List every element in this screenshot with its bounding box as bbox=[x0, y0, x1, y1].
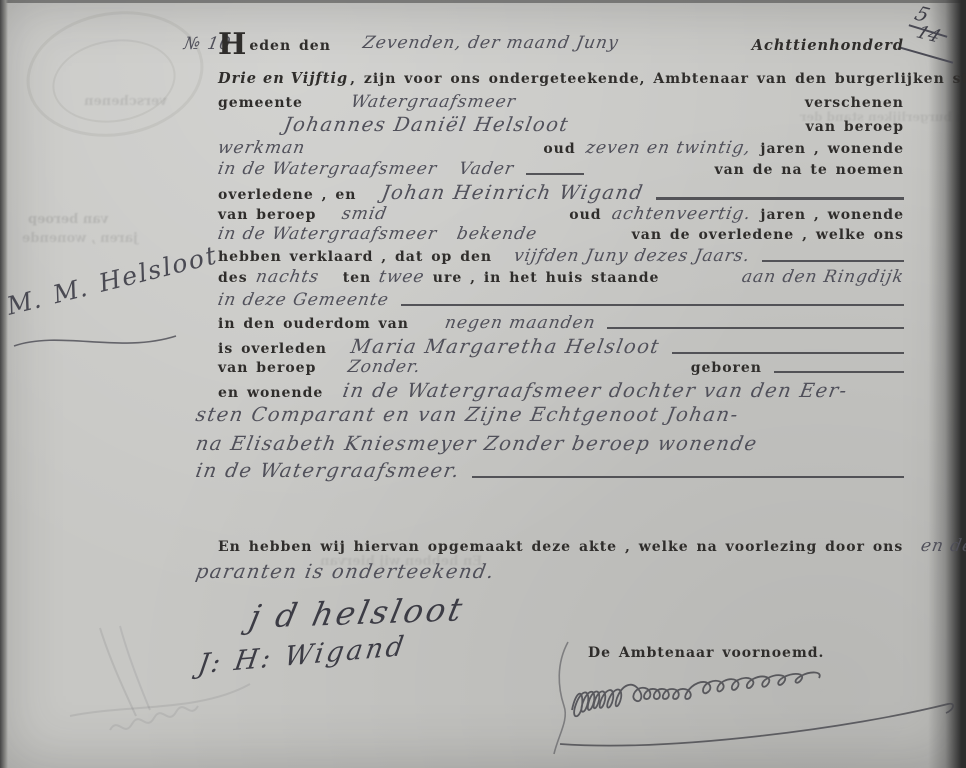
hw-age1: zeven en twintig, bbox=[584, 138, 752, 158]
printed-label: in den ouderdom van bbox=[218, 316, 409, 332]
bleed-through-text: verschenen bbox=[84, 94, 167, 109]
line-declarant1: Johannes Daniël Helsloot van beroep bbox=[218, 113, 904, 136]
line-deceased-occupation: van beroep Zonder. geboren bbox=[218, 357, 904, 377]
printed-label: jaren , wonende bbox=[760, 141, 904, 157]
printed-label: is overleden bbox=[218, 341, 327, 357]
hw-closing2: paranten is onderteekend. bbox=[194, 560, 497, 583]
hw-gemeente: Watergraafsmeer bbox=[349, 92, 517, 112]
line-death-date: hebben verklaard , dat op den vijfden Ju… bbox=[218, 246, 904, 266]
hw-in-deze-gemeente: in deze Gemeente bbox=[216, 290, 390, 310]
hw-declarant1-name: Johannes Daniël Helsloot bbox=[282, 113, 571, 136]
line-wonende4: in de Watergraafsmeer. bbox=[196, 459, 904, 482]
line-declarant2: overledene , en Johan Heinrich Wigand bbox=[218, 181, 904, 204]
hw-closing1: en de Com- bbox=[919, 536, 966, 556]
hw-death-date: vijfden Juny dezes Jaars. bbox=[512, 246, 752, 266]
hw-relation1: Vader bbox=[457, 159, 515, 179]
printed-label: van de overledene , welke ons bbox=[632, 227, 904, 243]
bleed-through-scrawl bbox=[40, 620, 290, 760]
hw-relation2: bekende bbox=[455, 224, 539, 244]
age-group: oud achtenveertig. jaren , wonende bbox=[569, 204, 904, 224]
printed-label: ure , in het huis staande bbox=[433, 270, 660, 286]
hw-deceased-occupation: Zonder. bbox=[347, 357, 423, 377]
printed-label: eden den bbox=[249, 38, 331, 54]
line-year: Drie en Vijftig , zijn voor ons onderget… bbox=[218, 70, 904, 87]
printed-label: van beroep bbox=[218, 207, 316, 223]
printed-label: des bbox=[218, 270, 248, 286]
fill-rule bbox=[656, 197, 904, 200]
printed-label: verschenen bbox=[805, 95, 904, 111]
line-closing2: paranten is onderteekend. bbox=[196, 560, 904, 583]
line-gemeente2: in deze Gemeente bbox=[218, 290, 904, 310]
printed-label: van de na te noemen bbox=[714, 162, 904, 178]
line-deceased-name: is overleden Maria Margaretha Helsloot bbox=[218, 335, 904, 358]
age-group: oud zeven en twintig, jaren , wonende bbox=[543, 138, 904, 158]
printed-label: overledene , en bbox=[218, 187, 356, 203]
fill-rule bbox=[762, 260, 904, 262]
line-closing: En hebben wij hiervan opgemaakt deze akt… bbox=[218, 536, 904, 556]
printed-label: van beroep bbox=[218, 360, 316, 376]
hw-residence1: in de Watergraafsmeer bbox=[216, 159, 438, 179]
printed-label: jaren , wonende bbox=[760, 207, 904, 223]
fill-rule bbox=[472, 476, 904, 478]
hw-wonende4: in de Watergraafsmeer. bbox=[194, 459, 462, 482]
line-residence1: in de Watergraafsmeer Vader van de na te… bbox=[218, 159, 904, 179]
scan-edge-top bbox=[0, 0, 966, 3]
hw-declarant2-name: Johan Heinrich Wigand bbox=[380, 181, 646, 204]
hw-residence2: in de Watergraafsmeer bbox=[216, 224, 438, 244]
line-declarant2-details: van beroep smid oud achtenveertig. jaren… bbox=[218, 204, 904, 224]
printed-label: van beroep bbox=[806, 119, 904, 135]
line-declarant1-details: werkman oud zeven en twintig, jaren , wo… bbox=[218, 138, 904, 158]
printed-label: oud bbox=[569, 207, 601, 223]
printed-year: Achttienhonderd bbox=[752, 37, 904, 54]
line-residence2: in de Watergraafsmeer bekende van de ove… bbox=[218, 224, 904, 244]
line-wonende2: sten Comparant en van Zijne Echtgenoot J… bbox=[196, 403, 904, 426]
fill-rule bbox=[672, 352, 904, 354]
hw-age2: achtenveertig. bbox=[610, 204, 752, 224]
printed-label: geboren bbox=[691, 360, 762, 376]
printed-label: gemeente bbox=[218, 95, 303, 111]
fill-rule bbox=[774, 371, 904, 373]
line-age-at-death: in den ouderdom van negen maanden bbox=[218, 313, 904, 333]
line-wonende1: en wonende in de Watergraafsmeer dochter… bbox=[218, 379, 904, 402]
bleed-through-text: jaren , wonende bbox=[22, 231, 138, 246]
fill-rule bbox=[401, 304, 904, 306]
printed-label: ten bbox=[343, 270, 372, 286]
drop-cap: H bbox=[218, 36, 246, 54]
fill-rule bbox=[526, 173, 584, 175]
hw-age-at-death: negen maanden bbox=[443, 313, 597, 333]
bleed-through-text: van beroep bbox=[28, 212, 108, 227]
hw-wonende1: in de Watergraafsmeer dochter van den Ee… bbox=[341, 379, 850, 402]
line-opening: H eden den Zevenden, der maand Juny Acht… bbox=[218, 33, 904, 54]
hw-occupation1: werkman bbox=[216, 138, 307, 158]
hw-wonende2: sten Comparant en van Zijne Echtgenoot J… bbox=[194, 403, 741, 426]
margin-note-deceased-name: M. M. Helsloot bbox=[7, 239, 218, 321]
hw-daypart: nachts bbox=[254, 267, 321, 287]
printed-label: oud bbox=[543, 141, 575, 157]
printed-year-suffix: Drie en Vijftig bbox=[218, 70, 348, 87]
hw-address: aan den Ringdijk bbox=[740, 267, 905, 287]
hw-date: Zevenden, der maand Juny bbox=[361, 33, 620, 53]
document-page: verschenen van beroep jaren , wonende de… bbox=[0, 0, 966, 768]
printed-label: en wonende bbox=[218, 385, 323, 401]
line-death-time: des nachts ten twee ure , in het huis st… bbox=[218, 267, 904, 287]
printed-label: En hebben wij hiervan opgemaakt deze akt… bbox=[218, 539, 903, 555]
printed-label: hebben verklaard , dat op den bbox=[218, 249, 492, 265]
line-wonende3: na Elisabeth Kniesmeyer Zonder beroep wo… bbox=[196, 432, 904, 455]
fill-rule bbox=[607, 327, 904, 329]
line-gemeente: gemeente Watergraafsmeer verschenen bbox=[218, 92, 904, 112]
scan-edge-left bbox=[0, 0, 8, 768]
hw-occupation2: smid bbox=[341, 204, 390, 224]
hw-deceased-name: Maria Margaretha Helsloot bbox=[349, 335, 662, 358]
margin-note-flourish bbox=[10, 328, 180, 354]
official-signature bbox=[552, 640, 962, 762]
hw-hour: twee bbox=[377, 267, 426, 287]
hw-wonende3: na Elisabeth Kniesmeyer Zonder beroep wo… bbox=[194, 432, 760, 455]
printed-label: , zijn voor ons ondergeteekende, Ambtena… bbox=[350, 71, 966, 87]
